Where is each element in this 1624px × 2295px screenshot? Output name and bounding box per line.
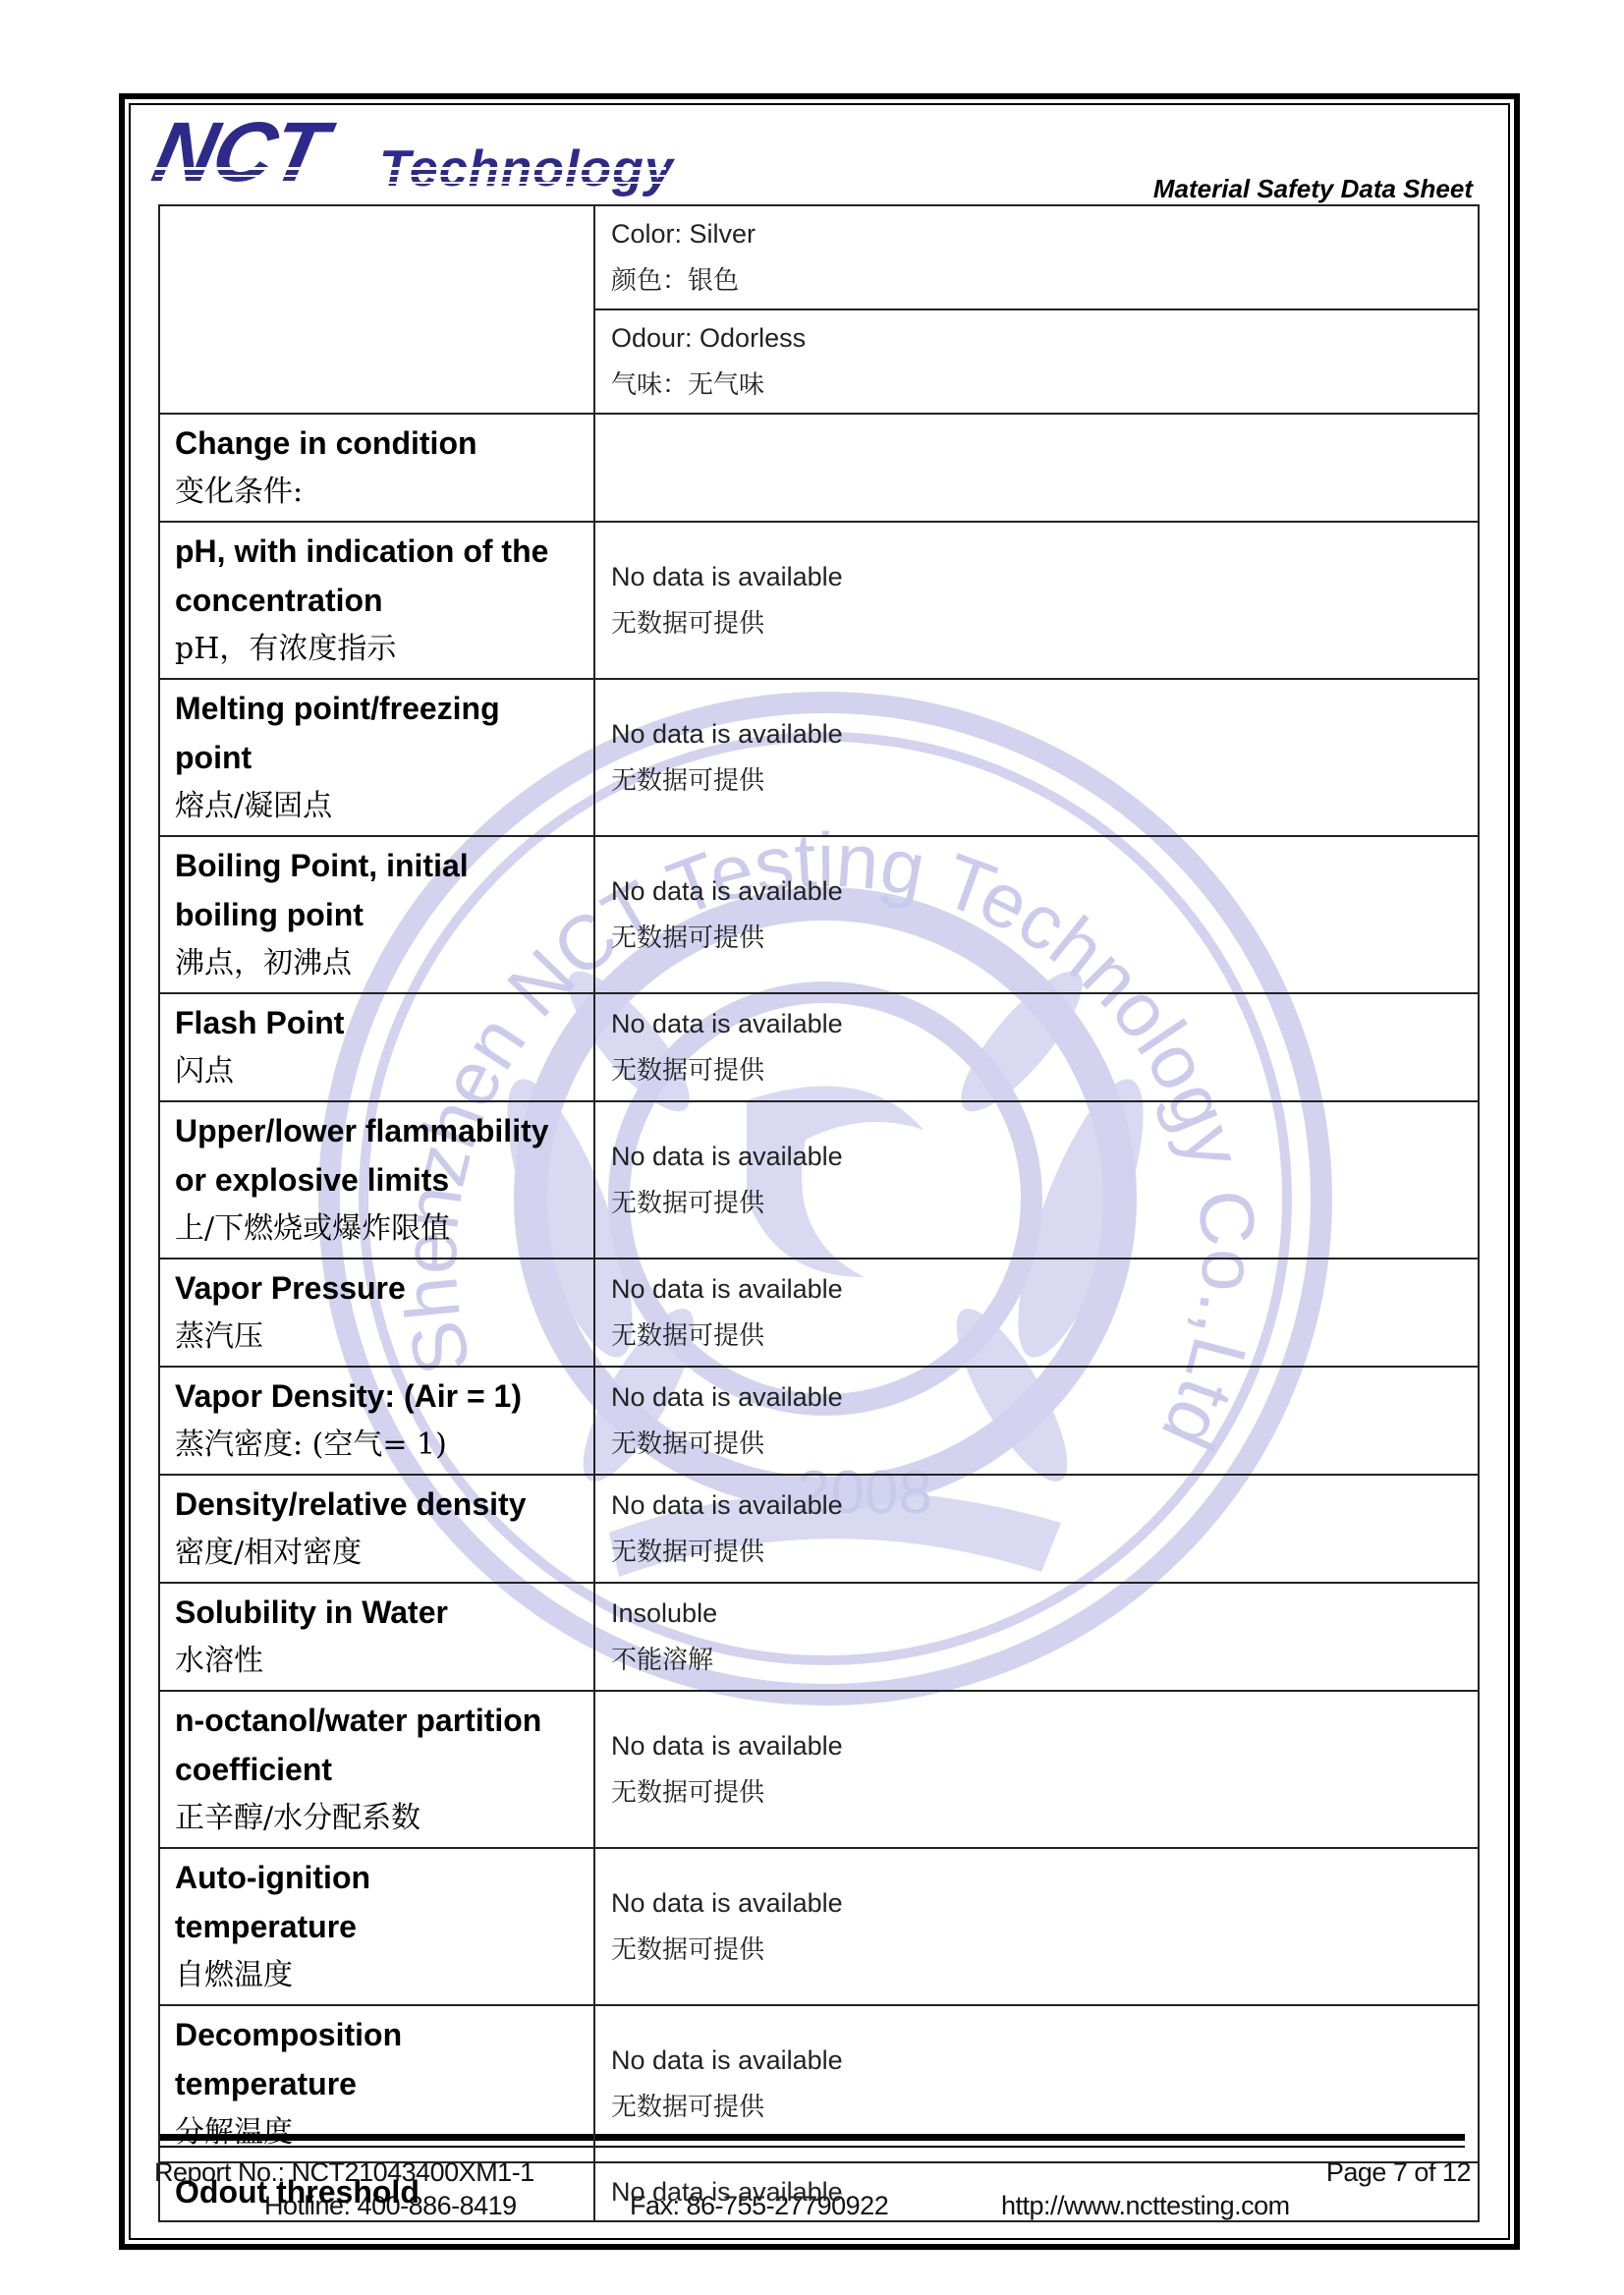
property-label-cell: Vapor Density: (Air = 1)蒸汽密度: (空气= 1) [159, 1367, 594, 1475]
property-value-cell: No data is available无数据可提供 [594, 2005, 1479, 2162]
table-row: Flash Point闪点No data is available无数据可提供 [159, 993, 1479, 1101]
property-value: Insoluble [611, 1590, 1464, 1637]
property-name: concentration [175, 576, 580, 625]
table-row: n-octanol/water partitioncoefficient正辛醇/… [159, 1691, 1479, 1848]
appearance-value-cell: Color: Silver 颜色：银色 Odour: Odorless 气味：无… [594, 205, 1479, 414]
property-name: or explosive limits [175, 1155, 580, 1204]
property-label-cell: Density/relative density密度/相对密度 [159, 1475, 594, 1583]
property-value-cell: No data is available无数据可提供 [594, 1848, 1479, 2005]
color-value: Color: Silver [611, 210, 1464, 257]
property-label-cell: Change in condition变化条件: [159, 414, 594, 522]
property-name: Boiling Point, initial [175, 841, 580, 890]
property-name-zh: 密度/相对密度 [175, 1529, 580, 1578]
property-name: n-octanol/water partition [175, 1696, 580, 1745]
property-value: No data is available [611, 1133, 1464, 1180]
property-value-zh: 无数据可提供 [611, 915, 1464, 962]
odour-value: Odour: Odorless [611, 314, 1464, 362]
property-label-cell: Flash Point闪点 [159, 993, 594, 1101]
property-name: temperature [175, 2059, 580, 2108]
property-name-zh: pH，有浓度指示 [175, 625, 580, 674]
property-name: Vapor Density: (Air = 1) [175, 1371, 580, 1421]
property-value-cell: No data is available无数据可提供 [594, 522, 1479, 679]
color-value-zh: 颜色：银色 [611, 257, 1464, 305]
property-value: No data is available [611, 1879, 1464, 1927]
property-value-cell: No data is available无数据可提供 [594, 679, 1479, 836]
property-name: Melting point/freezing [175, 684, 580, 733]
property-value-zh: 无数据可提供 [611, 600, 1464, 647]
property-name-zh: 熔点/凝固点 [175, 782, 580, 831]
table-row: Vapor Pressure蒸汽压No data is available无数据… [159, 1259, 1479, 1367]
property-name-zh: 变化条件: [175, 468, 580, 517]
property-name-zh: 蒸汽密度: (空气= 1) [175, 1421, 580, 1470]
property-name: temperature [175, 1902, 580, 1951]
property-value: No data is available [611, 2168, 1464, 2215]
table-row: Upper/lower flammabilityor explosive lim… [159, 1101, 1479, 1259]
property-name-zh: 正辛醇/水分配系数 [175, 1794, 580, 1843]
table-row: pH, with indication of theconcentrationp… [159, 522, 1479, 679]
logo-wordmark: Technology [379, 143, 674, 195]
property-name-zh: 分解温度 [175, 2108, 580, 2157]
appearance-label-cell [159, 205, 594, 414]
physical-properties-table: Color: Silver 颜色：银色 Odour: Odorless 气味：无… [158, 204, 1480, 2222]
property-value-zh: 无数据可提供 [611, 1313, 1464, 1360]
property-name: Vapor Pressure [175, 1263, 580, 1313]
property-value: No data is available [611, 1000, 1464, 1047]
table-row-appearance: Color: Silver 颜色：银色 Odour: Odorless 气味：无… [159, 205, 1479, 414]
document-title: Material Safety Data Sheet [1153, 174, 1473, 204]
property-value: No data is available [611, 553, 1464, 600]
property-value-cell: No data is available无数据可提供 [594, 1367, 1479, 1475]
odour-value-zh: 气味：无气味 [611, 362, 1464, 409]
table-row: Auto-ignitiontemperature自燃温度No data is a… [159, 1848, 1479, 2005]
property-name-zh: 水溶性 [175, 1637, 580, 1686]
table-row: Decompositiontemperature分解温度No data is a… [159, 2005, 1479, 2162]
property-value-cell: No data is available无数据可提供 [594, 1475, 1479, 1583]
property-value-zh: 无数据可提供 [611, 1421, 1464, 1468]
property-label-cell: Upper/lower flammabilityor explosive lim… [159, 1101, 594, 1259]
property-value-zh: 无数据可提供 [611, 2084, 1464, 2131]
property-label-cell: Vapor Pressure蒸汽压 [159, 1259, 594, 1367]
property-name: Decomposition [175, 2010, 580, 2059]
property-value-zh: 不能溶解 [611, 1637, 1464, 1684]
property-value: No data is available [611, 1722, 1464, 1769]
property-value-cell: No data is available无数据可提供 [594, 993, 1479, 1101]
property-label-cell: Decompositiontemperature分解温度 [159, 2005, 594, 2162]
property-name-zh: 蒸汽压 [175, 1313, 580, 1362]
property-name: Odout threshold [175, 2167, 580, 2216]
property-name-zh: 沸点，初沸点 [175, 939, 580, 988]
property-value-cell: No data is available无数据可提供 [594, 1259, 1479, 1367]
property-value-cell: No data is available无数据可提供 [594, 836, 1479, 993]
table-row: Change in condition变化条件: [159, 414, 1479, 522]
property-label-cell: Solubility in Water水溶性 [159, 1583, 594, 1691]
property-label-cell: pH, with indication of theconcentrationp… [159, 522, 594, 679]
property-value: No data is available [611, 1373, 1464, 1421]
property-value-zh: 无数据可提供 [611, 1529, 1464, 1576]
property-value-zh: 无数据可提供 [611, 1927, 1464, 1974]
property-name: Solubility in Water [175, 1588, 580, 1637]
property-name: coefficient [175, 1745, 580, 1794]
property-name: boiling point [175, 890, 580, 939]
color-subcell: Color: Silver 颜色：银色 [595, 206, 1478, 308]
property-label-cell: Auto-ignitiontemperature自燃温度 [159, 1848, 594, 2005]
property-name-zh: 自燃温度 [175, 1951, 580, 2000]
table-row: Melting point/freezingpoint熔点/凝固点No data… [159, 679, 1479, 836]
property-label-cell: Melting point/freezingpoint熔点/凝固点 [159, 679, 594, 836]
table-row: Odout thresholdNo data is available [159, 2162, 1479, 2221]
property-name: pH, with indication of the [175, 527, 580, 576]
property-value-cell: No data is available无数据可提供 [594, 1101, 1479, 1259]
table-row: Solubility in Water水溶性Insoluble不能溶解 [159, 1583, 1479, 1691]
property-name: Flash Point [175, 998, 580, 1047]
table-row: Boiling Point, initialboiling point沸点，初沸… [159, 836, 1479, 993]
property-label-cell: Boiling Point, initialboiling point沸点，初沸… [159, 836, 594, 993]
property-value-zh: 无数据可提供 [611, 757, 1464, 805]
property-label-cell: n-octanol/water partitioncoefficient正辛醇/… [159, 1691, 594, 1848]
property-value: No data is available [611, 868, 1464, 915]
property-value-zh: 无数据可提供 [611, 1769, 1464, 1817]
property-value-zh: 无数据可提供 [611, 1047, 1464, 1094]
property-value-cell: Insoluble不能溶解 [594, 1583, 1479, 1691]
property-name-zh: 上/下燃烧或爆炸限值 [175, 1204, 580, 1254]
property-value-zh: 无数据可提供 [611, 1180, 1464, 1227]
property-value-cell: No data is available [594, 2162, 1479, 2221]
logo-mark: NCT [146, 110, 332, 195]
property-label-cell: Odout threshold [159, 2162, 594, 2221]
property-value-cell [594, 414, 1479, 522]
property-name: Auto-ignition [175, 1853, 580, 1902]
table-row: Vapor Density: (Air = 1)蒸汽密度: (空气= 1)No … [159, 1367, 1479, 1475]
property-name: point [175, 733, 580, 782]
property-name: Density/relative density [175, 1480, 580, 1529]
property-name: Upper/lower flammability [175, 1106, 580, 1155]
table-row: Density/relative density密度/相对密度No data i… [159, 1475, 1479, 1583]
property-value: No data is available [611, 1482, 1464, 1529]
property-value-cell: No data is available无数据可提供 [594, 1691, 1479, 1848]
property-value: No data is available [611, 1265, 1464, 1313]
property-name-zh: 闪点 [175, 1047, 580, 1096]
property-name: Change in condition [175, 419, 580, 468]
property-value: No data is available [611, 2037, 1464, 2084]
property-value: No data is available [611, 710, 1464, 757]
odour-subcell: Odour: Odorless 气味：无气味 [595, 308, 1478, 413]
